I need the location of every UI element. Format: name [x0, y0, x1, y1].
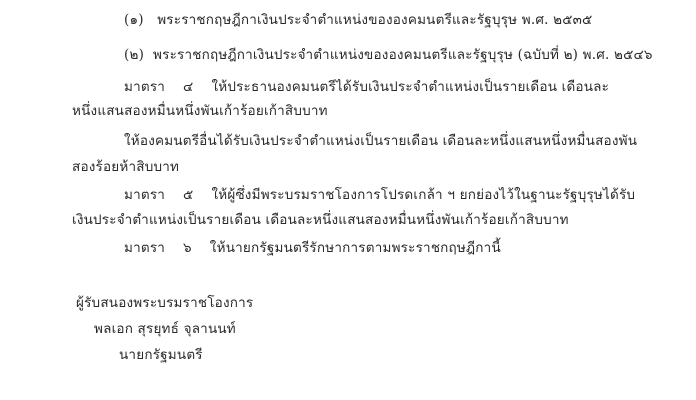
- countersign-label: ผู้รับสนองพระบรมราชโองการ: [76, 294, 253, 312]
- signatory-name: พลเอก สุรยุทธ์ จุลานนท์: [94, 320, 236, 338]
- section-label: มาตรา: [124, 79, 165, 95]
- act-title: พระราชกฤษฎีกาเงินประจำตำแหน่งขององคมนตรี…: [157, 12, 592, 28]
- repealed-act-1: (๑) พระราชกฤษฎีกาเงินประจำตำแหน่งขององคม…: [124, 11, 592, 29]
- section-6-line-1: มาตรา ๖ ให้นายกรัฐมนตรีรักษาการตามพระราช…: [124, 239, 501, 257]
- section-4-para-2-line-2: สองร้อยห้าสิบบาท: [72, 158, 179, 176]
- list-number: (๒): [124, 47, 144, 63]
- section-label: มาตรา: [124, 240, 165, 256]
- section-text: ให้ผู้ซึ่งมีพระบรมราชโองการโปรดเกล้า ฯ ย…: [211, 187, 635, 203]
- section-4-line-1: มาตรา ๔ ให้ประธานองคมนตรีได้รับเงินประจำ…: [124, 78, 609, 96]
- section-4-line-2: หนึ่งแสนสองหมื่นหนึ่งพันเก้าร้อยเก้าสิบบ…: [72, 102, 328, 120]
- section-number: ๖: [183, 240, 192, 256]
- section-text: ให้ประธานองคมนตรีได้รับเงินประจำตำแหน่งเ…: [211, 79, 609, 95]
- section-number: ๕: [183, 187, 193, 203]
- repealed-act-2: (๒) พระราชกฤษฎีกาเงินประจำตำแหน่งขององคม…: [124, 46, 653, 64]
- act-title: พระราชกฤษฎีกาเงินประจำตำแหน่งขององคมนตรี…: [153, 47, 653, 63]
- list-number: (๑): [124, 12, 144, 28]
- signatory-title: นายกรัฐมนตรี: [119, 346, 203, 364]
- section-number: ๔: [183, 79, 193, 95]
- section-5-line-1: มาตรา ๕ ให้ผู้ซึ่งมีพระบรมราชโองการโปรดเ…: [124, 186, 635, 204]
- section-label: มาตรา: [124, 187, 165, 203]
- section-4-para-2-line-1: ให้องคมนตรีอื่นได้รับเงินประจำตำแหน่งเป็…: [124, 132, 637, 150]
- section-5-line-2: เงินประจำตำแหน่งเป็นรายเดือน เดือนละหนึ่…: [72, 211, 569, 229]
- section-text: ให้นายกรัฐมนตรีรักษาการตามพระราชกฤษฎีกาน…: [210, 240, 501, 256]
